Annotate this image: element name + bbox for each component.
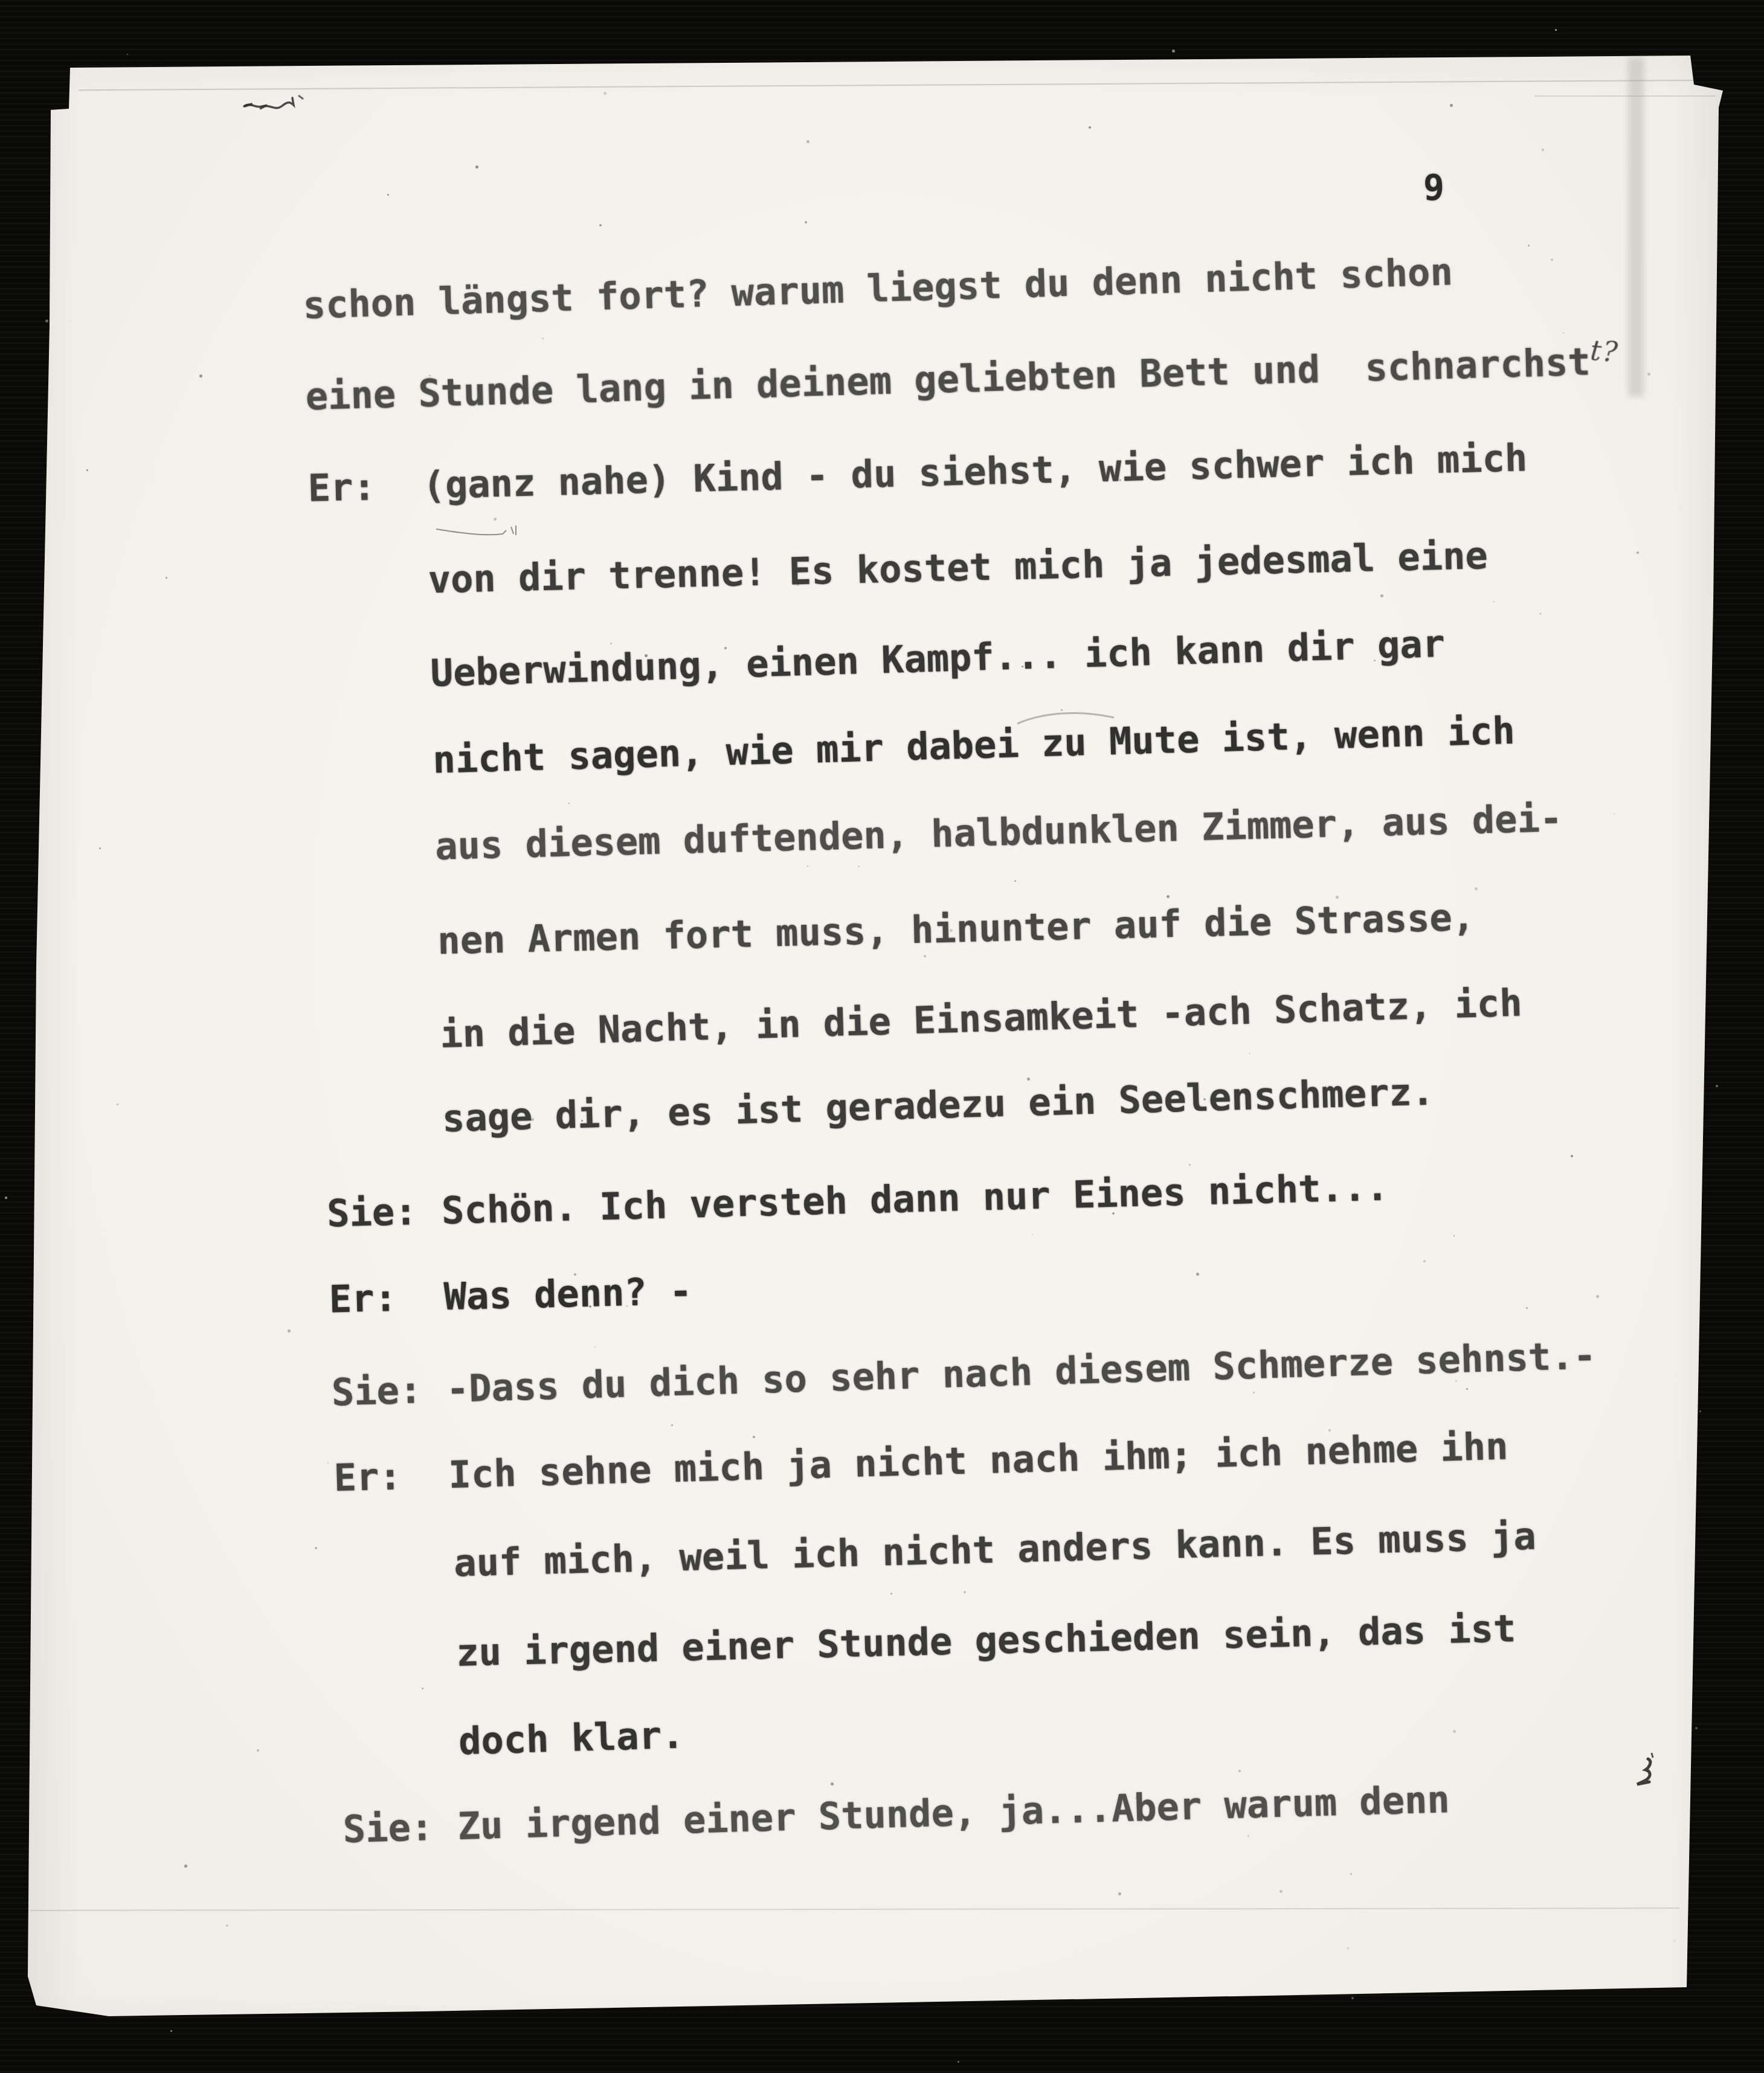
noise-speck (1022, 666, 1023, 667)
noise-speck (1196, 1273, 1199, 1276)
noise-speck (958, 2061, 959, 2063)
noise-speck (86, 469, 88, 471)
noise-speck (475, 166, 478, 169)
noise-speck (1247, 1835, 1249, 1837)
noise-speck (950, 929, 953, 932)
line-text: Zu irgend einer Stunde, ja...Aber warum … (457, 1777, 1450, 1848)
line-text: schon längst fort? warum liegst du denn … (303, 249, 1453, 327)
noise-speck (806, 140, 810, 143)
speaker-label: Sie: (343, 1807, 459, 1849)
noise-speck (1211, 270, 1213, 272)
noise-speck (1423, 1260, 1426, 1262)
script-line: von dir trenne! Es kostet mich ja jedesm… (310, 536, 1488, 602)
line-text: auf mich, weil ich nicht anders kann. Es… (453, 1514, 1536, 1585)
noise-speck (1167, 895, 1170, 898)
noise-speck (288, 1329, 291, 1332)
script-line: Sie:-Dass du dich so sehr nach diesem Sc… (331, 1335, 1597, 1412)
noise-speck (1135, 1797, 1137, 1799)
noise-speck (1555, 29, 1557, 31)
line-text: von dir trenne! Es kostet mich ja jedesm… (428, 533, 1489, 602)
noise-speck (796, 583, 799, 586)
script-line: auf mich, weil ich nicht anders kann. Es… (336, 1516, 1537, 1586)
noise-speck (199, 374, 202, 378)
paper-sheet: 9 schon längst fort? warum liegst du den… (0, 0, 1764, 2073)
script-line: doch klar. (340, 1715, 684, 1764)
pencil-line-mid (435, 523, 532, 541)
noise-speck (805, 221, 807, 223)
line-text: Ich sehne mich ja nicht nach ihm; ich ne… (448, 1424, 1508, 1497)
noise-speck (170, 2030, 172, 2032)
script-line: Sie:Zu irgend einer Stunde, ja...Aber wa… (343, 1779, 1450, 1849)
page-number: 9 (1423, 170, 1444, 205)
line-text: sage dir, es ist geradezu ein Seelenschm… (442, 1069, 1435, 1140)
noise-speck (858, 866, 860, 867)
noise-speck (422, 1688, 423, 1689)
noise-speck (1679, 506, 1682, 509)
speaker-label: Er: (307, 466, 423, 508)
handwritten-superscript: t? (1589, 336, 1620, 367)
line-text: doch klar. (458, 1712, 684, 1763)
noise-speck (1453, 1730, 1456, 1733)
noise-speck (5, 1197, 7, 1199)
noise-speck (1647, 373, 1650, 376)
pencil-squiggle-top (242, 91, 308, 121)
noise-speck (581, 1120, 583, 1122)
noise-speck (1596, 1295, 1599, 1298)
speaker-label: Sie: (326, 1191, 442, 1233)
sheet-edge-line-top (79, 80, 1710, 91)
line-text: aus diesem duftenden, halbdunklen Zimmer… (434, 796, 1563, 869)
noise-speck (1118, 1892, 1121, 1895)
script-line: zu irgend einer Stunde geschieden sein, … (338, 1609, 1516, 1675)
script-line: nicht sagen, wie mir dabei zu Mute ist, … (315, 711, 1516, 783)
typewritten-text-block: schon längst fort? warum liegst du denn … (302, 232, 1644, 1926)
noise-speck (1027, 1078, 1030, 1081)
noise-speck (645, 654, 648, 657)
script-line: sage dir, es ist geradezu ein Seelenschm… (324, 1072, 1434, 1141)
noise-speck (45, 320, 48, 323)
noise-speck (599, 224, 602, 227)
noise-speck (724, 647, 727, 649)
noise-speck (1350, 1873, 1352, 1875)
speaker-label: Er: (329, 1277, 444, 1319)
noise-speck (1475, 887, 1478, 890)
script-line: in die Nacht, in die Einsamkeit -ach Sch… (322, 983, 1523, 1057)
sheet-edge-line-top-right (1534, 95, 1716, 97)
noise-speck (99, 847, 101, 849)
script-line: aus diesem duftenden, halbdunklen Zimmer… (317, 799, 1562, 869)
noise-speck (964, 1591, 966, 1593)
script-line: Sie:Schön. Ich versteh dann nur Eines ni… (326, 1167, 1389, 1233)
noise-speck (1089, 126, 1091, 129)
noise-speck (346, 1290, 347, 1291)
script-line: Ueberwindung, einen Kampf... ich kann di… (312, 624, 1446, 696)
noise-speck (1328, 1429, 1331, 1432)
noise-speck (807, 866, 808, 867)
line-text: Schön. Ich versteh dann nur Eines nicht.… (441, 1165, 1389, 1232)
noise-speck (443, 2005, 445, 2007)
line-text: nicht sagen, wie mir dabei zu Mute ist, … (432, 709, 1515, 782)
noise-speck (542, 338, 544, 339)
noise-speck (1014, 880, 1016, 882)
line-text: Ueberwindung, einen Kampf... ich kann di… (430, 622, 1446, 695)
speaker-label: Sie: (331, 1369, 447, 1412)
noise-speck (1351, 1997, 1354, 1999)
line-text: nen Armen fort muss, hinunter auf die St… (437, 895, 1475, 963)
noise-speck (387, 194, 389, 196)
line-text: zu irgend einer Stunde geschieden sein, … (455, 1606, 1516, 1674)
line-text: in die Nacht, in die Einsamkeit -ach Sch… (439, 980, 1522, 1056)
noise-speck (69, 321, 72, 323)
noise-speck (1024, 1461, 1027, 1464)
scanned-typescript-photo: 9 schon längst fort? warum liegst du den… (0, 0, 1764, 2073)
scan-crease-streak (1628, 58, 1644, 396)
noise-speck (890, 1593, 892, 1595)
noise-speck (1571, 1155, 1573, 1157)
noise-speck (1673, 1940, 1676, 1942)
noise-speck (531, 1118, 534, 1121)
line-text: -Dass du dich so sehr nach diesem Schmer… (446, 1333, 1597, 1411)
noise-speck (1112, 1212, 1115, 1215)
speaker-label: Er: (333, 1455, 449, 1497)
script-line: eine Stunde lang in deinem geliebten Bet… (305, 341, 1620, 416)
noise-speck (1172, 50, 1175, 53)
margin-mark-squiggle (1631, 1752, 1661, 1794)
noise-speck (604, 92, 607, 95)
noise-speck (1347, 1947, 1349, 1949)
noise-speck (1695, 1727, 1698, 1729)
noise-speck (831, 1782, 834, 1785)
script-line: Er:Ich sehne mich ja nicht nach ihm; ich… (333, 1426, 1508, 1497)
noise-speck (117, 1104, 118, 1105)
script-line: Er:(ganz nahe) Kind - du siehst, wie sch… (307, 438, 1528, 508)
noise-speck (184, 1865, 187, 1868)
noise-speck (1716, 1085, 1718, 1087)
line-text: Was denn? - (443, 1269, 692, 1319)
noise-speck (1380, 594, 1383, 597)
noise-speck (1637, 551, 1639, 554)
noise-speck (924, 955, 926, 957)
noise-speck (1264, 827, 1266, 829)
noise-speck (494, 518, 497, 521)
noise-speck (1280, 1890, 1283, 1893)
noise-speck (127, 54, 128, 55)
script-line: schon längst fort? warum liegst du denn … (303, 252, 1453, 325)
noise-speck (1336, 896, 1339, 899)
noise-speck (1508, 820, 1510, 822)
noise-speck (1189, 1164, 1191, 1166)
script-line: Er:Was denn? - (329, 1271, 692, 1319)
noise-speck (1450, 104, 1453, 107)
noise-speck (1699, 1410, 1701, 1412)
line-text: (ganz nahe) Kind - du siehst, wie schwer… (422, 435, 1528, 507)
script-line: nen Armen fort muss, hinunter auf die St… (320, 898, 1475, 963)
line-text: eine Stunde lang in deinem geliebten Bet… (305, 339, 1591, 419)
pencil-stroke-faint (1015, 705, 1118, 730)
